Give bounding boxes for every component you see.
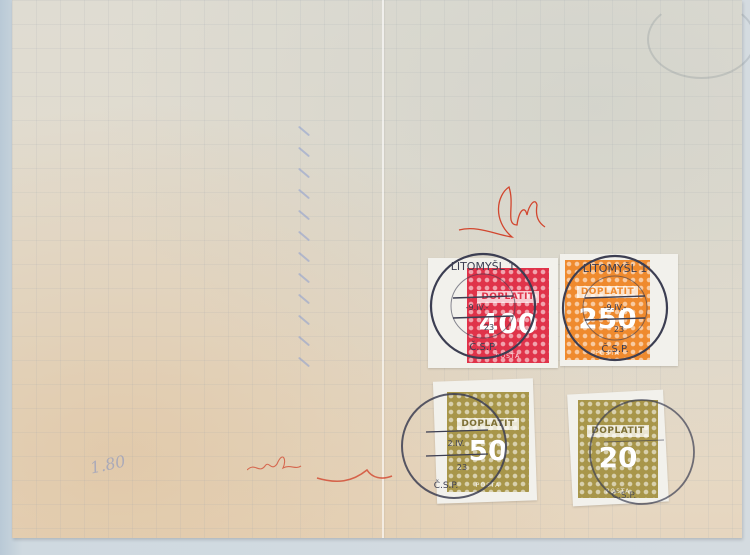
red-signature-bottom — [247, 440, 397, 490]
postage-due-stamp-50: DOPLATIT 50 POSTA — [447, 392, 529, 492]
red-signature — [457, 175, 547, 245]
tick-mark — [298, 336, 310, 347]
pencil-tick-column — [295, 130, 315, 382]
tick-mark — [298, 315, 310, 326]
postage-due-stamp-400: DOPLATIT 400 POSTA — [467, 268, 549, 363]
stamp-value: 50 — [469, 434, 508, 467]
tick-mark — [298, 189, 310, 200]
stamp-footer: POSTA — [606, 488, 630, 495]
postage-due-stamp-20: DOPLATIT 20 POSTA — [578, 400, 658, 498]
stamp-footer: POSTA — [595, 350, 619, 357]
tick-mark — [298, 252, 310, 263]
stamp-value: 400 — [479, 307, 537, 340]
tick-mark — [298, 168, 310, 179]
stamp-label: DOPLATIT — [587, 425, 648, 437]
postage-due-stamp-250: DOPLATIT 250 POSTA — [565, 260, 650, 360]
stamp-footer: POSTA — [496, 353, 520, 360]
stamp-label: DOPLATIT — [477, 291, 538, 303]
tick-mark — [298, 147, 310, 158]
tick-mark — [298, 231, 310, 242]
stamp-value: 20 — [599, 441, 638, 474]
tick-mark — [298, 357, 310, 368]
tick-mark — [298, 294, 310, 305]
stamp-footer: POSTA — [476, 482, 500, 489]
stamp-label: DOPLATIT — [577, 286, 638, 298]
tick-mark — [298, 273, 310, 284]
tick-mark — [298, 210, 310, 221]
faded-postmark — [647, 0, 750, 79]
stamp-value: 250 — [578, 302, 636, 335]
stamp-label: DOPLATIT — [457, 418, 518, 430]
